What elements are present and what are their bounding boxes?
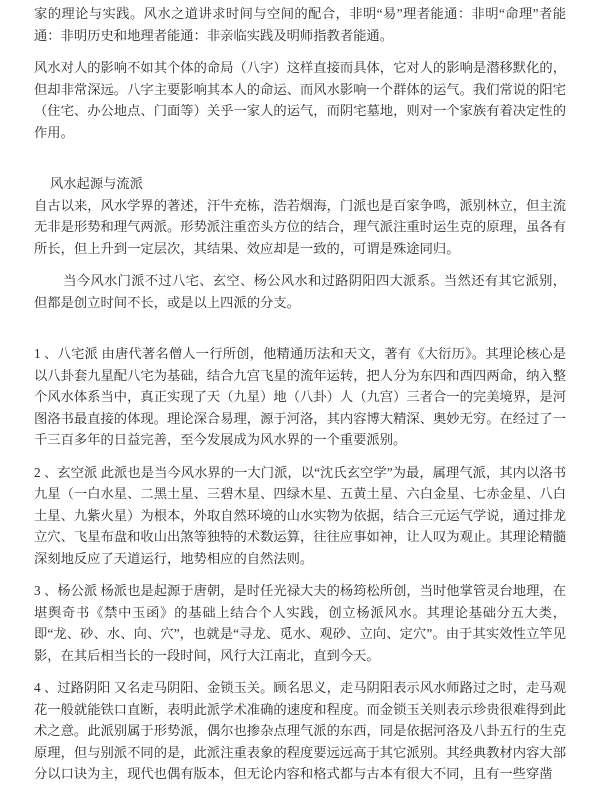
paragraph: 4 、过路阴阳 又名走马阴阳、金锁玉关。顾名思义，走马阴阳表示风水师路过之时，走… [34, 677, 566, 785]
paragraph: 自古以来，风水学界的著述，汗牛充栋，浩若烟海，门派也是百家争鸣，派别林立，但主流… [34, 195, 566, 260]
paragraph: 家的理论与实践。风水之道讲求时间与空间的配合，非明“易”理者能通：非明“命理”者… [34, 3, 566, 46]
paragraph: 2 、玄空派 此派也是当今风水界的一大门派，以“沈氏玄空学”为最，属理气派，其内… [34, 462, 566, 570]
paragraph: 风水对人的影响不如其个体的命局（八字）这样直接而具体，它对人的影响是潜移默化的，… [34, 57, 566, 143]
paragraph: 3 、杨公派 杨派也是起源于唐朝，是时任光禄大夫的杨筠松所创，当时他掌管灵台地理… [34, 580, 566, 666]
paragraph: 1 、八宅派 由唐代著名僧人一行所创，他精通历法和天文，著有《大衍历》。其理论核… [34, 343, 566, 451]
paragraph: 当今风水门派不过八宅、玄空、杨公风水和过路阴阳四大派系。当然还有其它派别，但都是… [34, 270, 566, 313]
document-body: 家的理论与实践。风水之道讲求时间与空间的配合，非明“易”理者能通：非明“命理”者… [34, 3, 566, 785]
document-page: 家的理论与实践。风水之道讲求时间与空间的配合，非明“易”理者能通：非明“命理”者… [0, 0, 600, 800]
section-heading: 风水起源与流派 [34, 173, 566, 195]
